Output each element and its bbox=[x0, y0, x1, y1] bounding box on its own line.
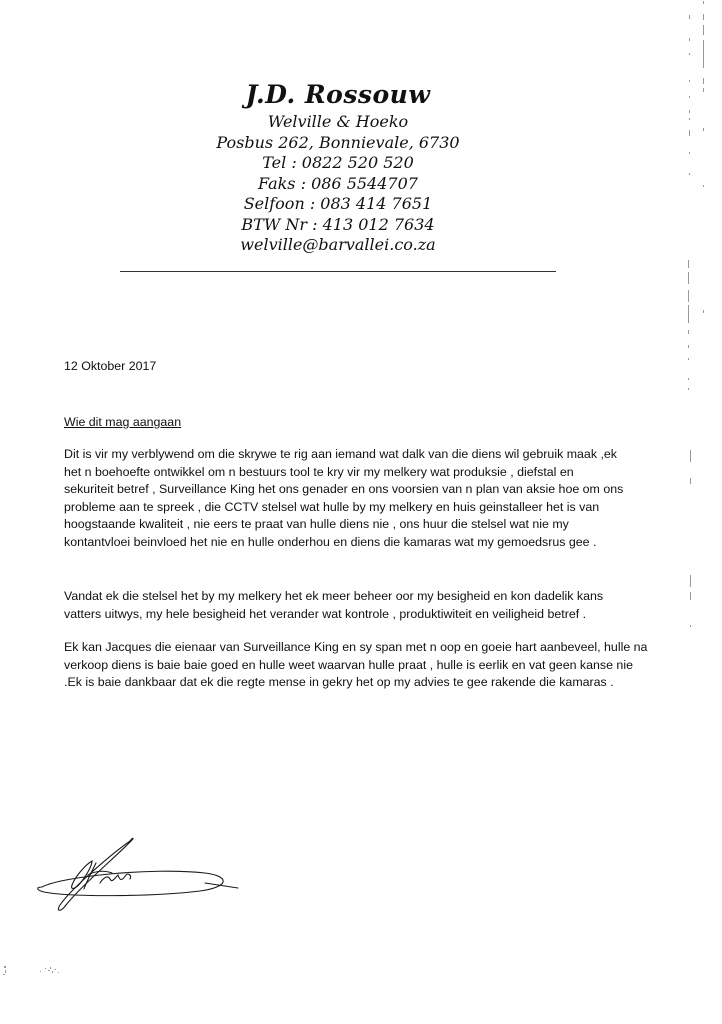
letter-date: 12 Oktober 2017 bbox=[64, 358, 704, 376]
letterhead-telephone: Tel : 0822 520 520 bbox=[120, 153, 556, 174]
scanned-letter-page: J.D. Rossouw Welville & Hoeko Posbus 262… bbox=[0, 0, 722, 1024]
letter-paragraph-2: Vandat ek die stelsel het by my melkery … bbox=[64, 588, 704, 623]
letterhead-vat-number: BTW Nr : 413 012 7634 bbox=[120, 215, 556, 236]
paragraph-line: kontantvloei beinvloed het nie en hulle … bbox=[64, 534, 700, 552]
letterhead-postal-address: Posbus 262, Bonnievale, 6730 bbox=[120, 133, 556, 154]
handwritten-signature bbox=[30, 825, 260, 925]
letterhead-email: welville@barvallei.co.za bbox=[120, 235, 556, 256]
letterhead-fax: Faks : 086 5544707 bbox=[120, 174, 556, 195]
letterhead-cellphone: Selfoon : 083 414 7651 bbox=[120, 194, 556, 215]
paragraph-line: Dit is vir my verblywend om die skrywe t… bbox=[64, 446, 700, 464]
paragraph-line: vatters uitwys, my hele besigheid het ve… bbox=[64, 606, 704, 624]
letter-salutation: Wie dit mag aangaan bbox=[64, 414, 704, 432]
letterhead-name: J.D. Rossouw bbox=[120, 78, 556, 112]
paragraph-line: Ek kan Jacques die eienaar van Surveilla… bbox=[64, 639, 704, 657]
paragraph-line: hoogstaande kwaliteit , nie eers te praa… bbox=[64, 516, 700, 534]
paragraph-line: verkoop diens is baie baie goed en hulle… bbox=[64, 657, 704, 675]
paragraph-line: Vandat ek die stelsel het by my melkery … bbox=[64, 588, 704, 606]
letterhead-divider bbox=[120, 271, 556, 272]
paragraph-line: sekuriteit betref , Surveillance King he… bbox=[64, 481, 700, 499]
letter-paragraph-3: Ek kan Jacques die eienaar van Surveilla… bbox=[64, 639, 704, 692]
letter-paragraph-1: Dit is vir my verblywend om die skrywe t… bbox=[64, 446, 700, 551]
paragraph-line: .Ek is baie dankbaar dat ek die regte me… bbox=[64, 674, 704, 692]
paragraph-line: probleme aan te spreek , die CCTV stelse… bbox=[64, 499, 700, 517]
letterhead: J.D. Rossouw Welville & Hoeko Posbus 262… bbox=[120, 78, 556, 256]
paragraph-line: het n boehoefte ontwikkel om n bestuurs … bbox=[64, 464, 700, 482]
letterhead-farm-name: Welville & Hoeko bbox=[120, 112, 556, 133]
